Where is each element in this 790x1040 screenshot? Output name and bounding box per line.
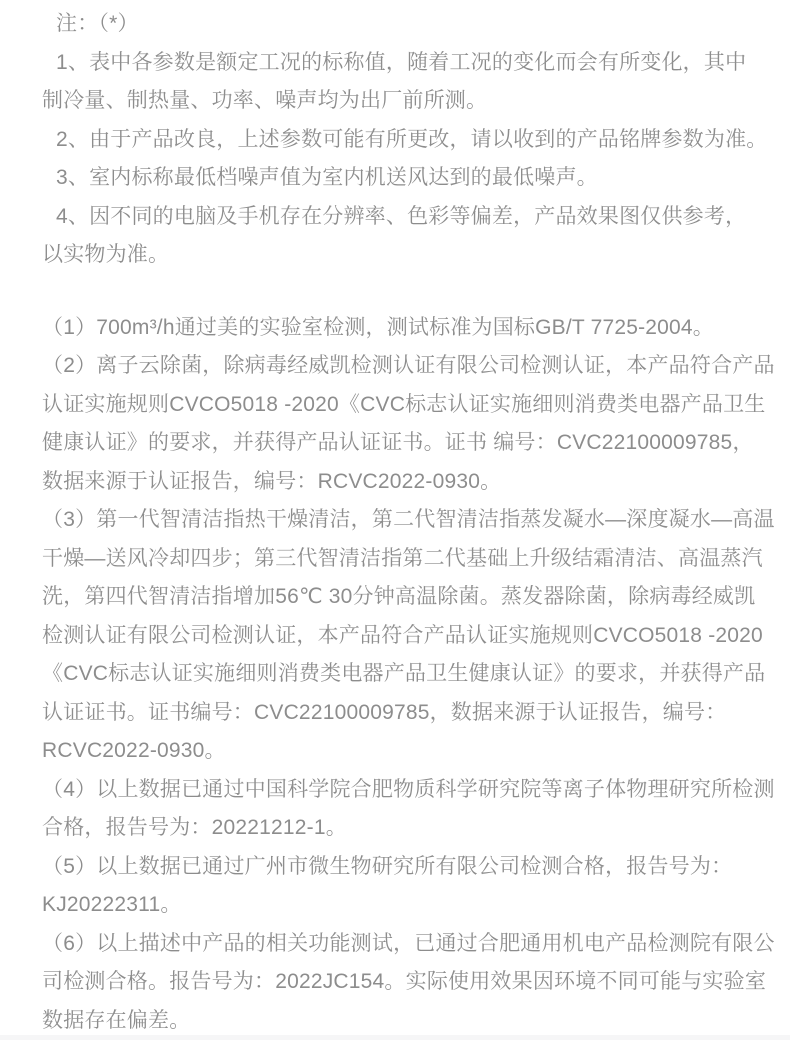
text-line: KJ20222311。 — [42, 886, 760, 925]
text-line: （4）以上数据已通过中国科学院合肥物质科学研究院等离子体物理研究所检测 — [42, 771, 760, 810]
text-line: 3、室内标称最低档噪声值为室内机送风达到的最低噪声。 — [42, 159, 760, 198]
text-line: 1、表中各参数是额定工况的标称值，随着工况的变化而会有所变化，其中 — [42, 44, 760, 83]
text-line: 《CVC标志认证实施细则消费类电器产品卫生健康认证》的要求，并获得产品 — [42, 655, 760, 694]
text-line: 注：（*） — [42, 5, 760, 44]
text-line: 认证证书。证书编号：CVC22100009785，数据来源于认证报告，编号： — [42, 694, 760, 733]
text-line: 合格，报告号为：20221212-1。 — [42, 809, 760, 848]
text-line: （2）离子云除菌，除病毒经威凯检测认证有限公司检测认证，本产品符合产品 — [42, 347, 760, 386]
text-line: 洗，第四代智清洁指增加56℃ 30分钟高温除菌。蒸发器除菌，除病毒经威凯 — [42, 578, 760, 617]
bottom-divider-strip — [0, 1035, 790, 1040]
text-line: 司检测合格。报告号为：2022JC154。实际使用效果因环境不同可能与实验室 — [42, 963, 760, 1002]
text-line: 健康认证》的要求，并获得产品认证证书。证书 编号：CVC22100009785， — [42, 424, 760, 463]
text-line: 4、因不同的电脑及手机存在分辨率、色彩等偏差，产品效果图仅供参考， — [42, 198, 760, 237]
text-line: 2、由于产品改良，上述参数可能有所更改，请以收到的产品铭牌参数为准。 — [42, 121, 760, 160]
text-line: （6）以上描述中产品的相关功能测试，已通过合肥通用机电产品检测院有限公 — [42, 925, 760, 964]
product-notes-section: 注：（*）1、表中各参数是额定工况的标称值，随着工况的变化而会有所变化，其中制冷… — [0, 0, 790, 275]
certification-notes-section: （1）700m³/h通过美的实验室检测，测试标准为国标GB/T 7725-200… — [0, 309, 790, 1040]
text-line: 检测认证有限公司检测认证，本产品符合产品认证实施规则CVCO5018 -2020 — [42, 617, 760, 656]
text-line: RCVC2022-0930。 — [42, 732, 760, 771]
disclaimer-page: 注：（*）1、表中各参数是额定工况的标称值，随着工况的变化而会有所变化，其中制冷… — [0, 0, 790, 1040]
text-line: 干燥—送风冷却四步；第三代智清洁指第二代基础上升级结霜清洁、高温蒸汽 — [42, 540, 760, 579]
text-line: 数据来源于认证报告，编号：RCVC2022-0930。 — [42, 463, 760, 502]
text-line: （1）700m³/h通过美的实验室检测，测试标准为国标GB/T 7725-200… — [42, 309, 760, 348]
text-line: 认证实施规则CVCO5018 -2020《CVC标志认证实施细则消费类电器产品卫… — [42, 386, 760, 425]
text-line: 以实物为准。 — [42, 236, 760, 275]
text-line: （3）第一代智清洁指热干燥清洁，第二代智清洁指蒸发凝水—深度凝水—高温 — [42, 501, 760, 540]
text-line: 制冷量、制热量、功率、噪声均为出厂前所测。 — [42, 82, 760, 121]
text-line: （5）以上数据已通过广州市微生物研究所有限公司检测合格，报告号为： — [42, 848, 760, 887]
